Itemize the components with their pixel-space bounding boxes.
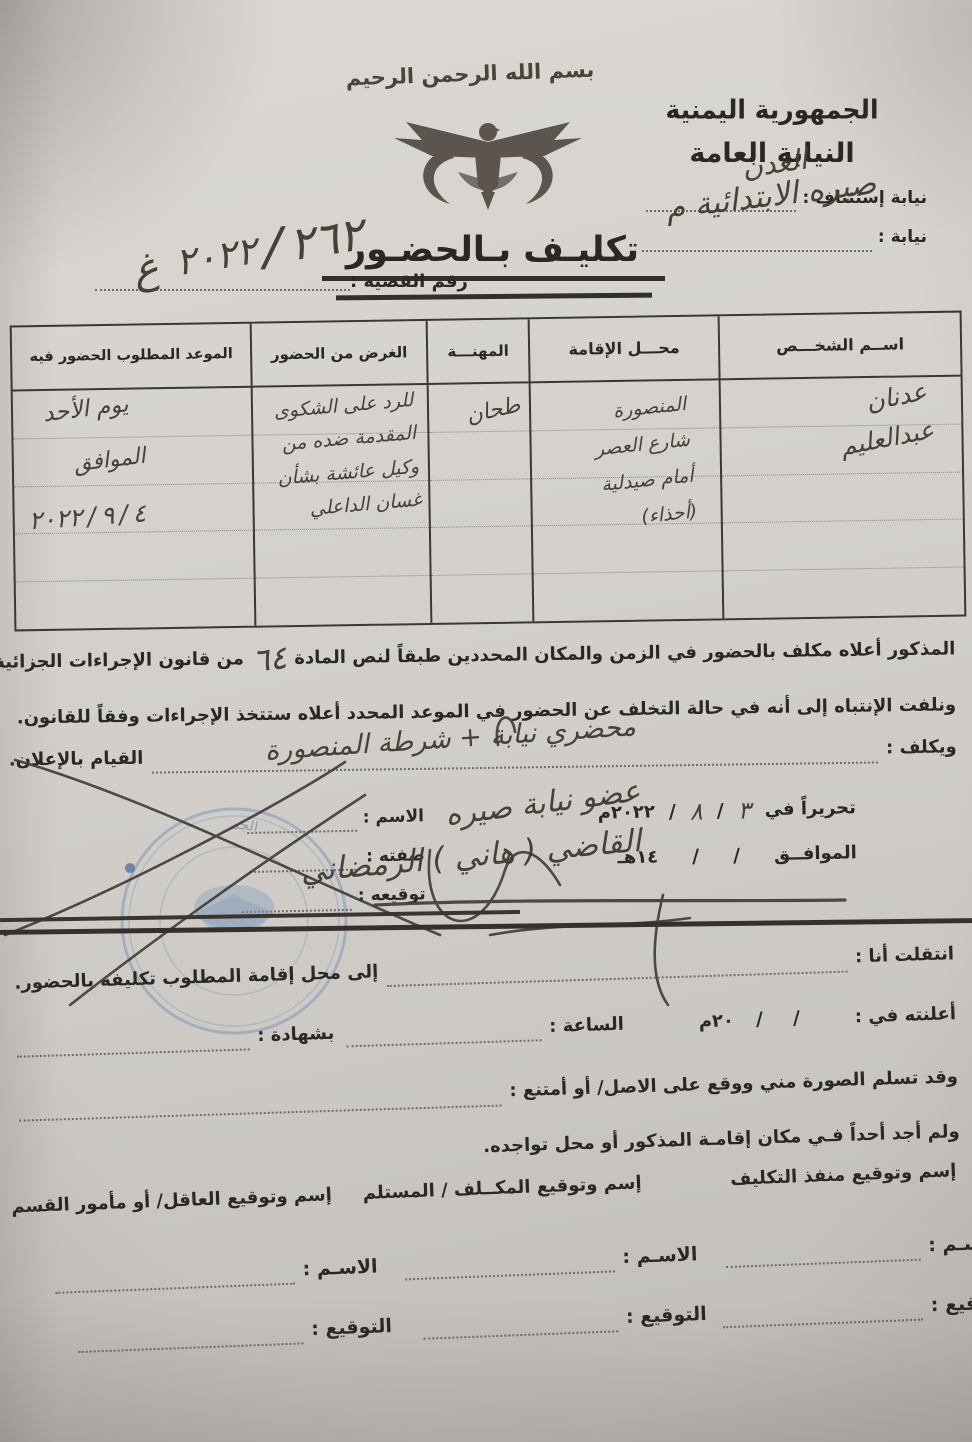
guardian-name-row: الاسـم : xyxy=(54,1252,378,1295)
case-year-value: ٢٠٢٢ xyxy=(171,221,261,292)
slash: / xyxy=(669,797,677,828)
moved-label: انتقلت أنا : xyxy=(855,940,955,972)
case-number-value: ٢٦٢ xyxy=(284,198,368,280)
sign-dots xyxy=(78,1328,303,1354)
column-guardian-header: إسم وتوقيع العاقل/ أو مأمور القسم xyxy=(11,1181,332,1222)
executor-name-row: الاسـم : xyxy=(725,1227,972,1268)
column-header-residence: محـــل الإقامة xyxy=(568,335,680,362)
slash: / xyxy=(692,842,700,873)
column-header-profession: المهنـــة xyxy=(447,339,509,364)
name-label: الاسـم : xyxy=(622,1239,698,1272)
name-label: الاسـم : xyxy=(302,1252,378,1285)
date-day-number: ٤ xyxy=(131,494,147,534)
assignment-suffix: القيام بالإعلان. xyxy=(9,745,144,776)
residence-handwriting: المنصورة شارع العصر أمام صيدلية (أحذاء) xyxy=(565,386,699,542)
case-suffix-letter: غ xyxy=(128,234,163,302)
name-label: الاسـم : xyxy=(928,1227,972,1260)
date-month-number: ٩ xyxy=(99,497,115,537)
date-slash: / xyxy=(86,498,97,537)
sign-label: التوقيع : xyxy=(930,1287,972,1320)
bismillah-calligraphy: بسم الله الرحمن الرحيم xyxy=(330,57,611,91)
cell-person-name: عدنان عبدالعليم xyxy=(719,377,965,619)
republic-name: الجمهورية اليمنية xyxy=(597,89,947,131)
service-section: انتقلت أنا : إلى محل إقامة المطلوب تكليف… xyxy=(0,930,972,1180)
announced-label: أعلنته في : xyxy=(854,1000,956,1032)
hijri-date-label: الموافــق xyxy=(774,839,857,870)
issue-month-handwriting: ٨ xyxy=(689,793,703,830)
date-numeric-handwriting: ٤ / ٩ / ٢٠٢٢ xyxy=(28,494,148,541)
name-dots xyxy=(55,1268,295,1294)
column-executor-header: إسم وتوقيع منفذ التكليف xyxy=(730,1157,957,1194)
branch-dotted-line xyxy=(642,235,872,252)
moved-dotted-line xyxy=(386,955,847,986)
clauses-block: المذكور أعلاه مكلف بالحضور في الزمن والم… xyxy=(7,625,957,775)
sign-dots xyxy=(723,1304,924,1329)
issuer-name-label: الاسم : xyxy=(362,803,424,831)
clause-1: المذكور أعلاه مكلف بالحضور في الزمن والم… xyxy=(7,625,956,688)
not-found-line: ولم أجد أحداً فـي مكان إقامـة المذكور أو… xyxy=(483,1118,960,1162)
cell-residence: المنصورة شارع العصر أمام صيدلية (أحذاء) xyxy=(529,380,723,621)
summons-table: اســم الشخـــص محـــل الإقامة المهنـــة … xyxy=(10,311,967,632)
assignment-label: ويكلف : xyxy=(886,734,957,764)
sign-label: التوقيع : xyxy=(311,1311,393,1344)
recipient-sign-row: التوقيع : xyxy=(423,1299,708,1340)
announced-year: ٢٠م xyxy=(698,1007,734,1037)
date-slash: / xyxy=(118,496,129,535)
column-header-name: اســم الشخـــص xyxy=(776,332,904,360)
cell-profession: طحان xyxy=(427,383,533,623)
issue-day-handwriting: ٣ xyxy=(737,792,751,829)
slash: / xyxy=(733,841,741,872)
slash: / xyxy=(755,1004,763,1035)
yemen-eagle-emblem xyxy=(388,112,588,214)
copy-received-row: وقد تسلم الصورة مني ووقع على الاصل/ أو أ… xyxy=(18,1063,958,1121)
hour-label: الساعة : xyxy=(549,1010,625,1041)
case-number-slash: / xyxy=(263,207,282,288)
announced-row: أعلنته في : / / ٢٠م الساعة : بشهادة : xyxy=(16,998,956,1058)
guardian-sign-row: التوقيع : xyxy=(78,1311,393,1353)
table-body-row: عدنان عبدالعليم المنصورة شارع العصر أمام… xyxy=(13,377,965,630)
executor-sign-row: التوقيع : xyxy=(722,1287,972,1328)
witness-dotted-line xyxy=(16,1034,249,1058)
article-number-handwriting: ٦٤ xyxy=(249,633,289,686)
branch-prosecution-label: نيابة : xyxy=(878,224,927,251)
clause-1-text-a: المذكور أعلاه مكلف بالحضور في الزمن والم… xyxy=(294,636,955,674)
issue-date-label: تحريراً في xyxy=(764,794,856,825)
slash: / xyxy=(792,1003,800,1034)
column-header-purpose: الغرض من الحضور xyxy=(271,340,408,366)
scanned-summons-document: { "glyphs": { "slash": "/" }, "colors": … xyxy=(0,0,972,1442)
witness-label: بشهادة : xyxy=(257,1019,335,1050)
cell-purpose: للرد على الشكوى المقدمة ضده من وكيل عائش… xyxy=(251,385,431,626)
name-dots xyxy=(725,1244,921,1268)
hour-dotted-line xyxy=(346,1025,541,1048)
clause-1-text-b: من قانون الإجراءات الجزائية. xyxy=(0,646,244,678)
case-number-handwriting: ٢٦٢ / ٢٠٢٢ غ xyxy=(0,194,369,331)
name-dots xyxy=(405,1256,615,1281)
purpose-handwriting: للرد على الشكوى المقدمة ضده من وكيل عائش… xyxy=(257,384,423,530)
cell-appearance-date: يوم الأحد الموافق ٤ / ٩ / ٢٠٢٢ xyxy=(13,388,255,630)
assignment-row: ويكلف : القيام بالإعلان. محضري نيابة + ش… xyxy=(9,734,957,776)
hijri-date-row: الموافــق / / ١٤هـ xyxy=(617,838,857,873)
signature-columns: إسم وتوقيع منفذ التكليف إسم وتوقيع المكـ… xyxy=(0,1156,972,1394)
recipient-name-row: الاسـم : xyxy=(404,1239,698,1281)
slash: / xyxy=(716,796,724,827)
copy-received-label: وقد تسلم الصورة مني ووقع على الاصل/ أو أ… xyxy=(509,1063,958,1106)
sign-label: التوقيع : xyxy=(625,1299,707,1332)
sign-dots xyxy=(423,1316,619,1340)
moved-suffix: إلى محل إقامة المطلوب تكليفه بالحضور. xyxy=(14,958,379,998)
copy-received-dots xyxy=(18,1089,502,1121)
column-recipient-header: إسم وتوقيع المكــلف / المستلم xyxy=(362,1169,642,1208)
date-year-number: ٢٠٢٢ xyxy=(28,499,84,541)
column-header-date: الموعد المطلوب الحضور فيه xyxy=(29,343,233,369)
